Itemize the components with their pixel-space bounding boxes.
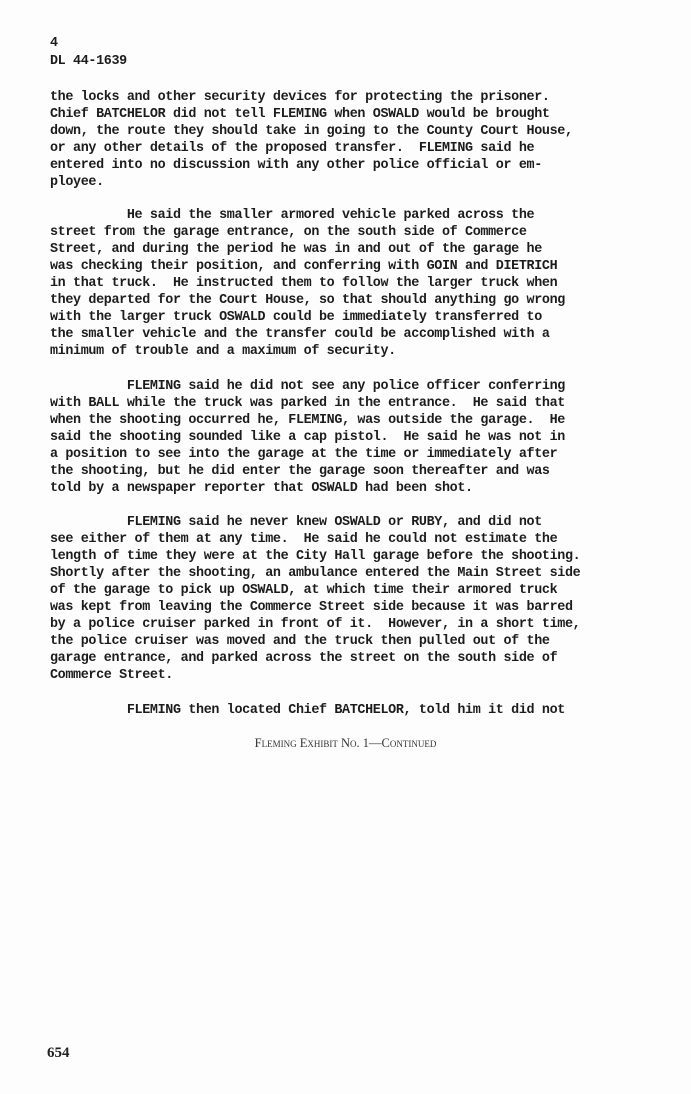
page-index: 4 [50,35,58,52]
text-line: Street, and during the period he was in … [50,241,670,258]
text-line: of the garage to pick up OSWALD, at whic… [50,582,670,599]
paragraph-4: FLEMING said he never knew OSWALD or RUB… [50,514,670,684]
page-number: 654 [47,1045,70,1062]
text-line: garage entrance, and parked across the s… [50,650,670,667]
paragraph-1: the locks and other security devices for… [50,89,670,191]
text-line: the smaller vehicle and the transfer cou… [50,326,670,343]
text-line: by a police cruiser parked in front of i… [50,616,670,633]
paragraph-5: FLEMING then located Chief BATCHELOR, to… [50,702,670,719]
text-line: He said the smaller armored vehicle park… [50,207,670,224]
text-line: Chief BATCHELOR did not tell FLEMING whe… [50,106,670,123]
text-line: a position to see into the garage at the… [50,446,670,463]
text-line: was kept from leaving the Commerce Stree… [50,599,670,616]
document-page: 4 DL 44-1639 the locks and other securit… [0,0,691,1094]
file-number: DL 44-1639 [50,53,127,70]
text-line: or any other details of the proposed tra… [50,140,670,157]
text-line: the police cruiser was moved and the tru… [50,633,670,650]
paragraph-3: FLEMING said he did not see any police o… [50,378,670,497]
text-line: FLEMING said he never knew OSWALD or RUB… [50,514,670,531]
text-line: length of time they were at the City Hal… [50,548,670,565]
text-line: see either of them at any time. He said … [50,531,670,548]
paragraph-2: He said the smaller armored vehicle park… [50,207,670,360]
text-line: ployee. [50,174,670,191]
text-line: Shortly after the shooting, an ambulance… [50,565,670,582]
text-line: entered into no discussion with any othe… [50,157,670,174]
exhibit-caption: Fleming Exhibit No. 1—Continued [0,736,691,751]
text-line: the locks and other security devices for… [50,89,670,106]
text-line: was checking their position, and conferr… [50,258,670,275]
text-line: the shooting, but he did enter the garag… [50,463,670,480]
text-line: street from the garage entrance, on the … [50,224,670,241]
text-line: they departed for the Court House, so th… [50,292,670,309]
text-line: with BALL while the truck was parked in … [50,395,670,412]
text-line: with the larger truck OSWALD could be im… [50,309,670,326]
text-line: said the shooting sounded like a cap pis… [50,429,670,446]
text-line: in that truck. He instructed them to fol… [50,275,670,292]
text-line: down, the route they should take in goin… [50,123,670,140]
text-line: Commerce Street. [50,667,670,684]
text-line: when the shooting occurred he, FLEMING, … [50,412,670,429]
text-line: FLEMING then located Chief BATCHELOR, to… [50,702,670,719]
text-line: FLEMING said he did not see any police o… [50,378,670,395]
text-line: minimum of trouble and a maximum of secu… [50,343,670,360]
text-line: told by a newspaper reporter that OSWALD… [50,480,670,497]
